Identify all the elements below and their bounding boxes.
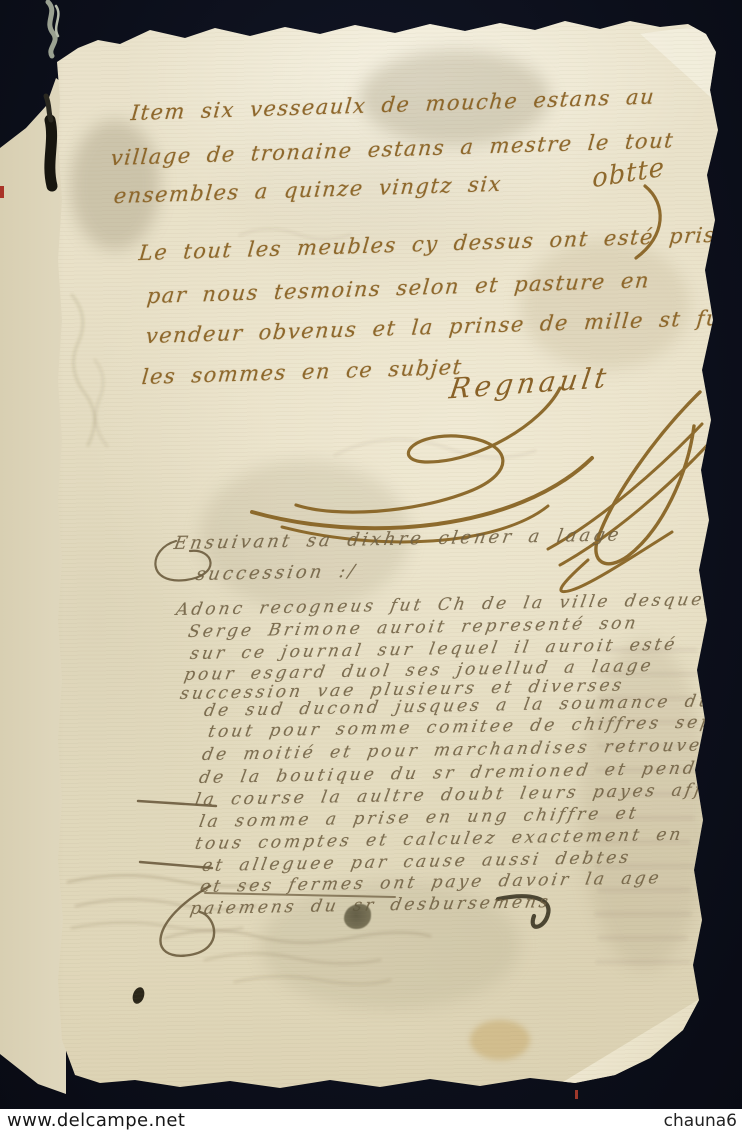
binding-thread [0,0,120,220]
red-fiber-speck [575,1090,578,1099]
watermark-seller-text: chauna6 [664,1111,737,1131]
photo-manuscript-page: Item six vesseaulx de mouche estans au v… [0,0,742,1132]
watermark-site-text: www.delcampe.net [7,1110,185,1131]
manuscript-line-09: succession :/ [194,561,359,585]
red-fiber-speck [0,186,4,198]
watermark-strip: www.delcampe.net chauna6 [0,1109,742,1132]
